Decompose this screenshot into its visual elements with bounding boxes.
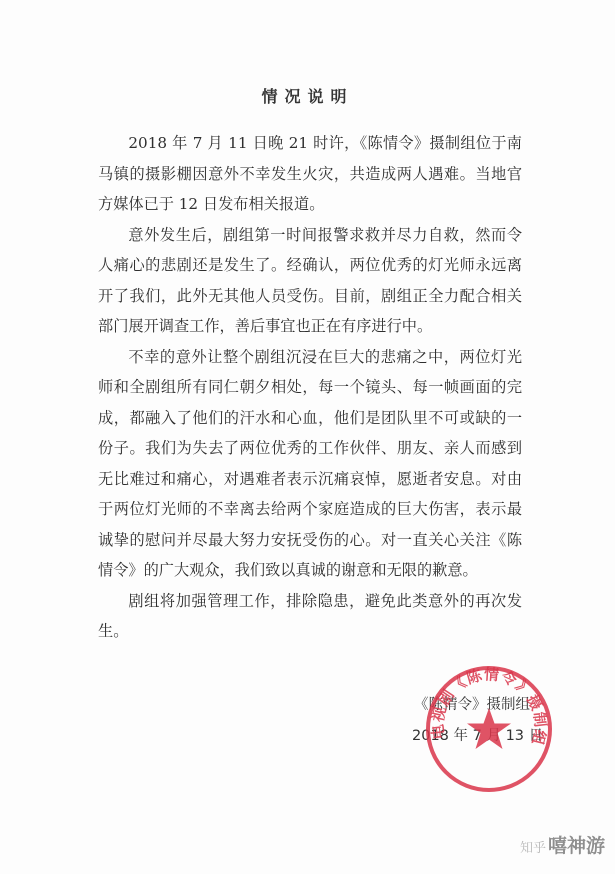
document-page: 情况说明 2018 年 7 月 11 日晚 21 时许，《陈情令》摄制组位于南马…: [0, 0, 615, 874]
watermark-brand: 嘻神游: [548, 831, 605, 858]
paragraph-condolences: 不幸的意外让整个剧组沉浸在巨大的悲痛之中，两位灯光师和全剧组所有同仁朝夕相处，每…: [98, 342, 522, 586]
watermark: 知乎 嘻神游: [520, 831, 605, 858]
document-title: 情况说明: [0, 84, 615, 107]
signature-date: 2018 年 7 月 13 日: [412, 724, 543, 745]
paragraph-incident: 2018 年 7 月 11 日晚 21 时许，《陈情令》摄制组位于南马镇的摄影棚…: [98, 128, 522, 220]
signature-organization: 《陈情令》摄制组: [414, 693, 530, 714]
paragraph-response: 意外发生后，剧组第一时间报警求救并尽力自救，然而令人痛心的悲剧还是发生了。经确认…: [98, 220, 522, 342]
watermark-platform: 知乎: [520, 837, 546, 856]
paragraph-commitment: 剧组将加强管理工作，排除隐患，避免此类意外的再次发生。: [98, 586, 522, 647]
document-body: 2018 年 7 月 11 日晚 21 时许，《陈情令》摄制组位于南马镇的摄影棚…: [98, 128, 522, 647]
